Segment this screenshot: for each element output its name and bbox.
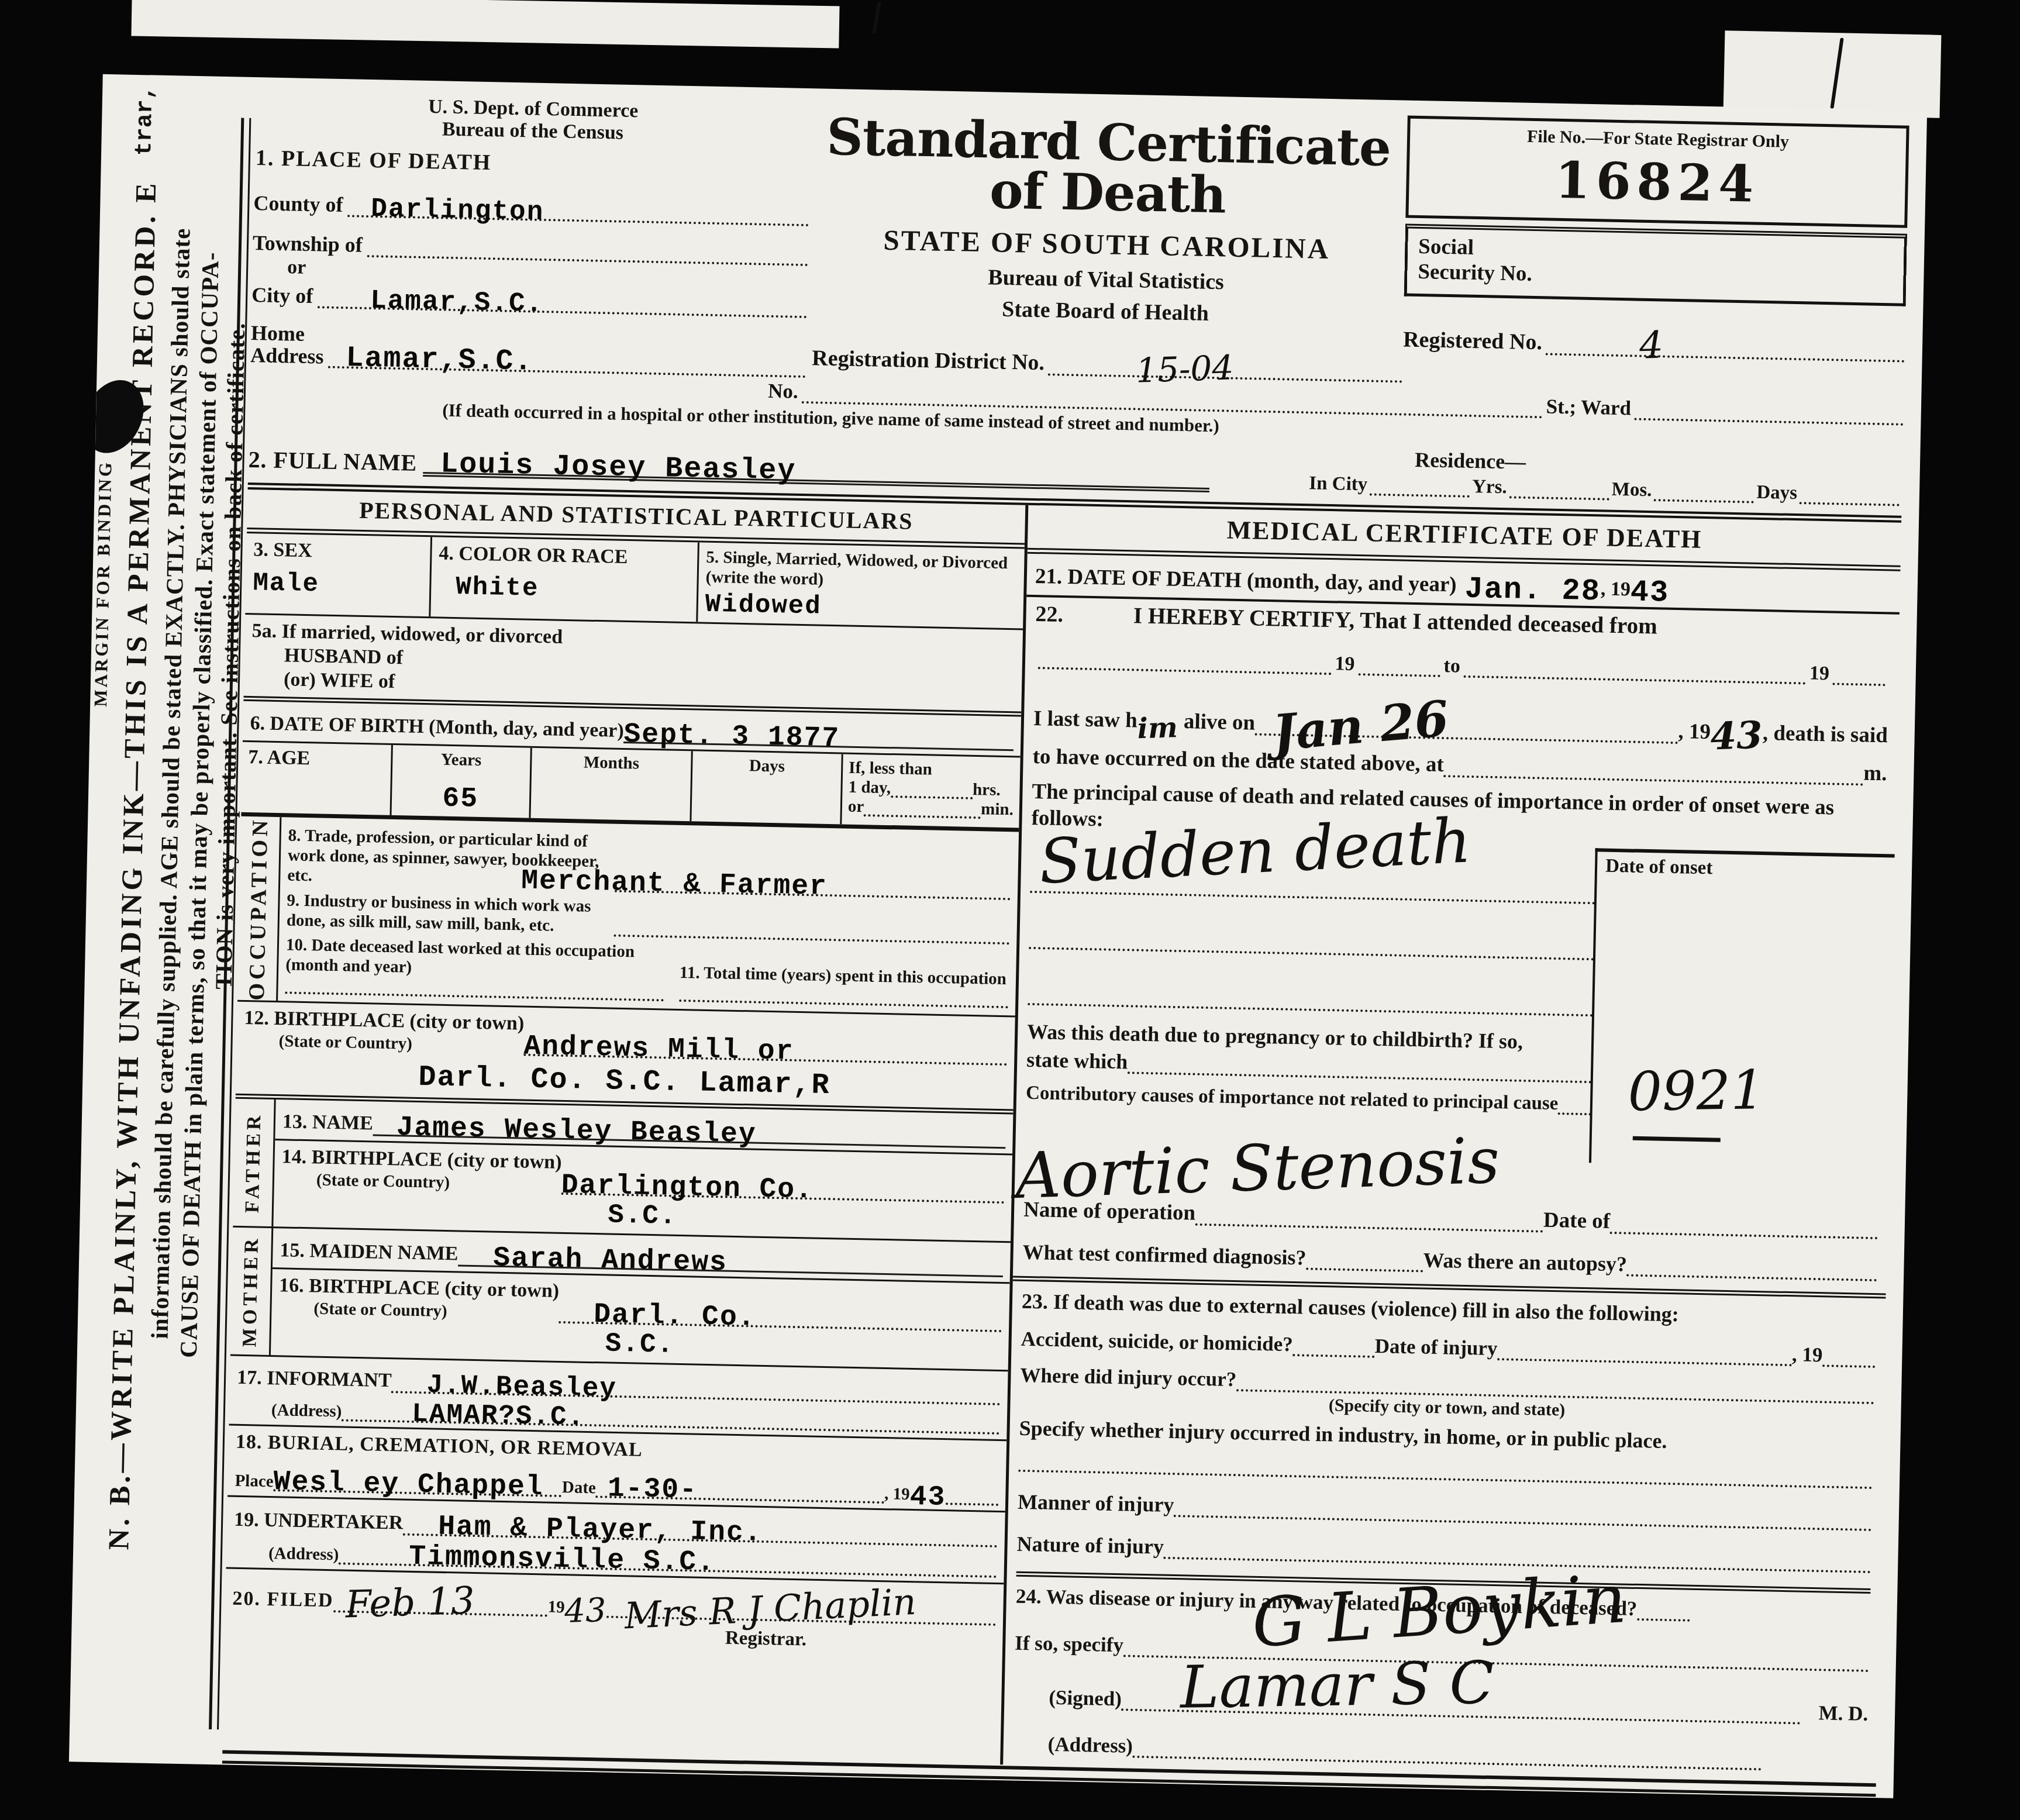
injury-date-label: Date of injury <box>1374 1335 1498 1360</box>
m-label: m. <box>1863 760 1887 786</box>
accident-label: Accident, suicide, or homicide? <box>1021 1328 1293 1356</box>
filed-date-value: Feb 13 <box>344 1584 475 1622</box>
state-board-line: State Board of Health <box>807 292 1404 330</box>
margin-note-fragment: trar, <box>132 85 159 156</box>
registered-no-value: 4 <box>1639 329 1664 363</box>
last-saw-prefix: I last saw h <box>1033 705 1138 733</box>
burial-year-printed: , 19 <box>884 1484 910 1504</box>
maiden-name-label: 15. MAIDEN NAME <box>280 1239 459 1267</box>
md-label: M. D. <box>1818 1701 1868 1726</box>
total-time-label: 11. Total time (years) spent in this occ… <box>680 963 1007 988</box>
manner-label: Manner of injury <box>1018 1489 1174 1516</box>
sex-race-marital-row: 3. SEX Male 4. COLOR OR RACE White 5. Si… <box>245 533 1025 630</box>
date-of-onset-value: 0921 <box>1628 1066 1765 1116</box>
occupation-block: OCCUPATION 8. Trade, profession, or part… <box>237 816 1019 1018</box>
burial-place-label: Place <box>235 1470 274 1491</box>
manner-row: Manner of injury <box>1018 1489 1873 1531</box>
birthplace-value-2: Darl. Co. S.C. Lamar,R <box>418 1063 1007 1104</box>
address-label: (Address) <box>1047 1733 1133 1758</box>
contributory-label-row: Contributory causes of importance not re… <box>1026 1083 1592 1115</box>
birthplace-sub: (State or Country) <box>278 1032 412 1053</box>
last-worked-label: 10. Date deceased last worked at this oc… <box>285 935 635 977</box>
home-address-row: Home Address Lamar,S.C. <box>250 322 806 378</box>
burial-date-label: Date <box>562 1477 597 1498</box>
birthplace-value-1: Andrews Mill or <box>523 1033 794 1066</box>
race-value: White <box>456 574 690 605</box>
registration-district-label: Registration District No. <box>812 345 1045 375</box>
trade-row: 8. Trade, profession, or particular kind… <box>287 825 1012 899</box>
no-label: No. <box>768 380 798 404</box>
cause-of-death-value: Sudden death <box>1038 813 1473 890</box>
husband-wife-row: 5a. If married, widowed, or divorced HUS… <box>243 615 1023 716</box>
informant-sub: (Address) <box>271 1400 342 1422</box>
certificate-title: Standard Certificate of Death <box>809 112 1407 224</box>
file-no-value: 16824 <box>1419 148 1895 216</box>
trade-value: Merchant & Farmer <box>521 867 828 901</box>
county-value: Darlington <box>371 195 544 226</box>
father-side-label: FATHER <box>242 1112 266 1213</box>
alive-on-label: alive on <box>1183 709 1255 735</box>
medical-certificate-column: MEDICAL CERTIFICATE OF DEATH 21. DATE OF… <box>1003 505 1901 1782</box>
scan-top-right-tab <box>1723 30 1942 118</box>
days-label: Days <box>1756 482 1797 504</box>
years-label: Years <box>398 749 525 771</box>
st-ward-label: St.; Ward <box>1546 395 1631 420</box>
yrs-label: Yrs. <box>1472 476 1507 498</box>
marital-label: 5. Single, Married, Widowed, or Divorced… <box>705 547 1017 594</box>
last-saw-date-value: Jan 26 <box>1271 697 1450 756</box>
undertaker-address-value: Timmonsville S.C. <box>409 1543 716 1577</box>
onset-underline <box>1633 1136 1721 1142</box>
registration-district-value: 15-04 <box>1135 352 1234 386</box>
mother-birthplace-sub: (State or Country) <box>313 1299 447 1321</box>
city-row: City of Lamar,S.C. <box>251 278 808 318</box>
min-label: min. <box>981 799 1014 819</box>
date-of-death-value: Jan. 28 <box>1464 574 1601 608</box>
months-label: Months <box>537 752 685 774</box>
attended-dates-line: 19 to 19 <box>1035 647 1889 686</box>
accident-row: Accident, suicide, or homicide? Date of … <box>1021 1328 1876 1368</box>
registered-no-row: Registered No. 4 <box>1403 316 1905 363</box>
burial-year-value: 43 <box>909 1483 946 1512</box>
days-label: Days <box>698 754 835 777</box>
full-name-label: 2. FULL NAME <box>248 446 418 477</box>
birthplace-label: 12. BIRTHPLACE (city or town) <box>244 1007 525 1035</box>
age-label: 7. AGE <box>248 746 311 769</box>
filed-label: 20. FILED <box>232 1587 334 1612</box>
mos-label: Mos. <box>1611 479 1652 501</box>
mother-birthplace-label: 16. BIRTHPLACE (city or town) <box>279 1274 560 1302</box>
maiden-name-value: Sarah Andrews <box>493 1245 728 1277</box>
contributory-label: Contributory causes of importance not re… <box>1026 1083 1559 1115</box>
pen-mark-one <box>1830 37 1843 109</box>
undertaker-sub: (Address) <box>268 1543 339 1565</box>
father-name-value: James Wesley Beasley <box>396 1114 757 1149</box>
home-label-1: Home <box>251 321 305 346</box>
personal-particulars-column: PERSONAL AND STATISTICAL PARTICULARS 3. … <box>222 490 1028 1764</box>
year-printed-b: 19 <box>1809 663 1829 685</box>
injury-year-printed: , 19 <box>1792 1343 1823 1367</box>
township-label: Township of <box>253 230 363 257</box>
margin-note-binding: MARGIN FOR BINDING <box>90 460 116 707</box>
dod-year-printed: , 19 <box>1601 578 1631 601</box>
title-block: Standard Certificate of Death STATE OF S… <box>806 104 1408 389</box>
father-name-label: 13. NAME <box>282 1111 373 1136</box>
mother-birthplace-value-1: Darl. Co. <box>594 1301 756 1332</box>
father-birthplace-value-1: Darlington Co. <box>561 1171 813 1205</box>
race-label: 4. COLOR OR RACE <box>439 542 691 570</box>
scan-top-edge <box>131 0 839 49</box>
city-label: City of <box>251 282 313 308</box>
burial-place-value: Wesl ey Chappel <box>273 1468 544 1501</box>
date-of-label: Date of <box>1543 1207 1611 1233</box>
if-so-label: If so, specify <box>1015 1631 1123 1657</box>
year-printed-a: 19 <box>1335 653 1355 675</box>
birthplace-row: 12. BIRTHPLACE (city or town) (State or … <box>236 1002 1015 1115</box>
cause-of-death-area: Sudden death Was this death due to pregn… <box>1016 836 1895 1158</box>
s5a-line3: (or) WIFE of <box>284 668 395 694</box>
father-birthplace-label: 14. BIRTHPLACE (city or town) <box>281 1146 562 1173</box>
ssn-box: Social Security No. <box>1404 224 1907 306</box>
certificate-form: U. S. Dept. of Commerce Bureau of the Ce… <box>222 92 1909 1798</box>
burial-date-value: 1-30- <box>607 1474 698 1504</box>
county-row: County of Darlington <box>253 186 809 226</box>
informant-value: J.W.Beasley <box>426 1371 618 1402</box>
mother-birthplace-row: 16. BIRTHPLACE (city or town) (State or … <box>271 1269 1010 1370</box>
residence-block: Residence— In City Yrs. Mos. Days <box>1209 443 1902 506</box>
occupation-side-label: OCCUPATION <box>244 816 273 1001</box>
pen-mark-small <box>872 1 881 34</box>
age-years-value: 65 <box>397 784 523 814</box>
bureau-vital-line: Bureau of Vital Statistics <box>808 261 1405 298</box>
date-of-onset-box: Date of onset 0921 <box>1589 848 1895 1168</box>
dob-value: Sept. 3 1877 <box>623 721 840 753</box>
less-than-line2: 1 day, <box>848 778 891 798</box>
sex-value: Male <box>253 570 423 599</box>
where-label: Where did injury occur? <box>1020 1364 1236 1391</box>
occupation-relation-block: G L Boykin Lamar S C 24. Was disease or … <box>1003 1576 1880 1782</box>
filed-year-value: 43 <box>564 1596 607 1627</box>
father-birthplace-sub: (State or Country) <box>316 1170 450 1192</box>
physician-address-hand: Lamar S C <box>1180 1657 1494 1714</box>
last-saw-line: I last saw h im alive on Jan 26 , 19 43 … <box>1033 684 1888 748</box>
registrar-signature: Mrs R J Chaplin <box>623 1585 916 1633</box>
last-worked-row: 10. Date deceased last worked at this oc… <box>285 935 1009 1008</box>
file-no-box: File No.—For State Registrar Only 16824 <box>1405 116 1909 228</box>
death-said-label: , death is said <box>1763 721 1888 748</box>
test-label: What test confirmed diagnosis? <box>1022 1240 1307 1270</box>
full-name-value: Louis Josey Beasley <box>440 450 797 486</box>
registration-district-row: Registration District No. 15-04 <box>812 338 1403 382</box>
or-label: or <box>848 797 864 817</box>
father-block: FATHER 13. NAME James Wesley Beasley 14.… <box>233 1099 1013 1243</box>
to-label: to <box>1443 655 1460 678</box>
nature-label: Nature of injury <box>1016 1531 1164 1559</box>
registered-no-label: Registered No. <box>1403 326 1543 355</box>
informant-label: 17. INFORMANT <box>237 1366 392 1393</box>
in-city-label: In City <box>1309 473 1368 495</box>
county-label: County of <box>253 191 343 217</box>
section1-title: 1. PLACE OF DEATH <box>256 145 811 182</box>
autopsy-label: Was there an autopsy? <box>1423 1247 1627 1276</box>
last-saw-hand: im <box>1137 715 1178 742</box>
contributory-value: Aortic Stenosis <box>1014 1132 1500 1205</box>
father-birthplace-row: 14. BIRTHPLACE (city or town) (State or … <box>273 1140 1012 1241</box>
physician-signature: G L Boykin <box>1250 1569 1628 1654</box>
state-line: STATE OF SOUTH CAROLINA <box>808 222 1405 267</box>
certificate-paper: trar, MARGIN FOR BINDING N. B.—WRITE PLA… <box>69 74 1927 1798</box>
marital-value: Widowed <box>705 592 1016 624</box>
s22-number: 22. <box>1035 601 1063 628</box>
date-of-death-label: 21. DATE OF DEATH (month, day, and year) <box>1035 564 1457 597</box>
signed-label: (Signed) <box>1049 1686 1122 1711</box>
place-of-death-block: U. S. Dept. of Commerce Bureau of the Ce… <box>250 92 811 378</box>
last-saw-year-value: 43 <box>1710 719 1763 754</box>
filed-year-printed: 19 <box>547 1597 565 1618</box>
mother-side-label: MOTHER <box>239 1235 263 1347</box>
dod-year-value: 43 <box>1630 577 1669 608</box>
mother-block: MOTHER 15. MAIDEN NAME Sarah Andrews 16.… <box>230 1228 1011 1372</box>
undertaker-label: 19. UNDERTAKER <box>234 1508 404 1536</box>
home-address-value: Lamar,S.C. <box>346 344 533 377</box>
external-causes-block: 23. If death was due to external causes … <box>1007 1281 1886 1594</box>
cause-line-3 <box>1028 949 1594 1016</box>
sex-label: 3. SEX <box>253 538 423 566</box>
last-saw-year-printed: , 19 <box>1678 719 1711 744</box>
pregnancy-question-2-label: state which <box>1026 1047 1128 1074</box>
file-no-block: File No.—For State Registrar Only 16824 … <box>1402 116 1909 400</box>
home-label-2: Address <box>250 343 324 368</box>
informant-address-value: LAMAR?S.C. <box>412 1401 585 1431</box>
less-than-line1: If, less than <box>849 757 1015 781</box>
dob-label: 6. DATE OF BIRTH (Month, day, and year) <box>250 712 624 743</box>
date-of-onset-label: Date of onset <box>1605 855 1887 883</box>
hrs-label: hrs. <box>973 780 1001 800</box>
city-value: Lamar,S.C. <box>370 287 544 318</box>
